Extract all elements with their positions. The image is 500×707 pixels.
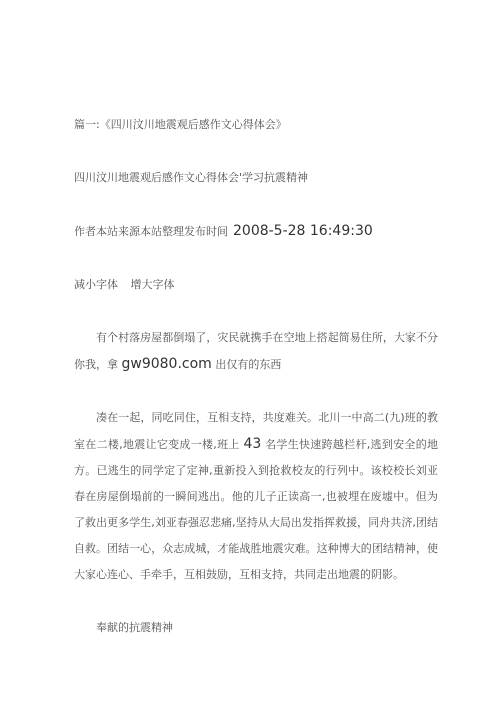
paragraph: 奉献的抗震精神 xyxy=(74,615,438,641)
increase-font-button[interactable]: 增大字体 xyxy=(131,278,175,291)
author-source-label: 作者本站来源本站整理发布时间 xyxy=(74,225,228,238)
font-size-controls: 减小字体 增大字体 xyxy=(74,272,438,298)
document-page: 篇一:《四川汶川地震观后感作文心得体会》 四川汶川地震观后感作文心得体会'学习抗… xyxy=(0,0,500,707)
latin-text: 43 xyxy=(243,436,261,452)
paragraph: 有个村落房屋都倒塌了，灾民就携手在空地上搭起简易住所，大家不分你我，拿 gw90… xyxy=(74,325,438,378)
page-title: 篇一:《四川汶川地震观后感作文心得体会》 xyxy=(74,112,438,138)
cn-text: 出仅有的东西 xyxy=(212,358,282,371)
latin-text: gw9080.com xyxy=(122,356,212,372)
paragraph: 凑在一起，同吃同住，互相支持，共度难关。北川一中高二(九)班的教室在二楼,地震让… xyxy=(74,405,438,588)
cn-text: 名学生快速跨越栏杆,逃到安全的地方。已逃生的同学定了定神,重新投入到抢救校友的行… xyxy=(74,438,438,581)
publish-datetime: 2008-5-28 16:49:30 xyxy=(233,223,373,239)
decrease-font-button[interactable]: 减小字体 xyxy=(74,278,118,291)
subtitle: 四川汶川地震观后感作文心得体会'学习抗震精神 xyxy=(74,165,438,191)
cn-text: 奉献的抗震精神 xyxy=(96,621,173,634)
meta-line: 作者本站来源本站整理发布时间2008-5-28 16:49:30 xyxy=(74,218,438,245)
